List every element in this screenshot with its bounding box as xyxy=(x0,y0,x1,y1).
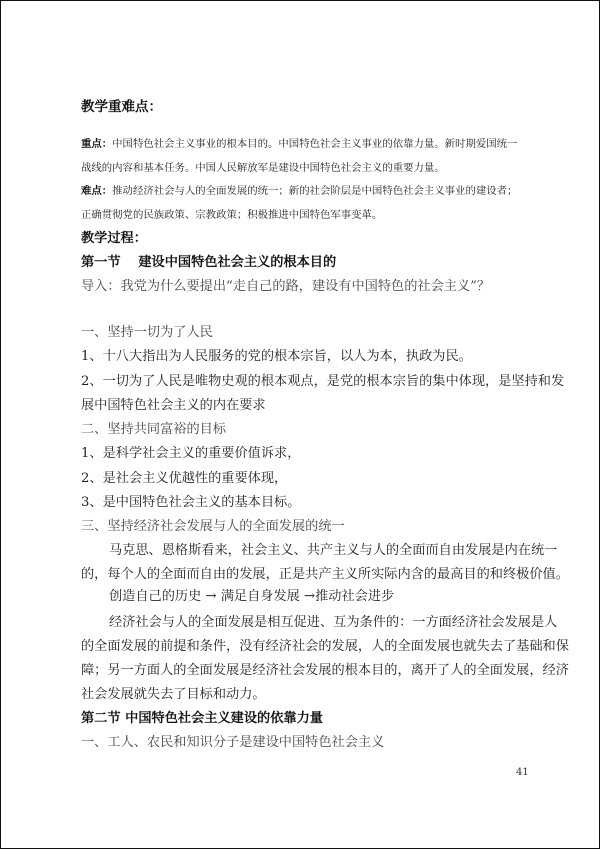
part-2-item-1: 1、是科学社会主义的重要价值诉求， xyxy=(81,444,300,464)
teaching-process-heading: 教学过程： xyxy=(81,229,147,249)
page-number: 41 xyxy=(516,767,529,778)
part-1-heading: 一、坚持一切为了人民 xyxy=(81,323,213,343)
document-page: 教学重难点： 重点：中国特色社会主义事业的根本目的。中国特色社会主义事业的依靠力… xyxy=(0,0,600,849)
part-3-para-2-line-4: 社会发展就失去了目标和动力。 xyxy=(81,685,266,705)
part-2-item-2: 2、是社会主义优越性的重要体现， xyxy=(81,469,287,489)
part-3-para-2-line-2: 的全面发展的前提和条件，没有经济社会的发展，人的全面发展也就失去了基础和保 xyxy=(81,637,569,657)
difficult-points-text-1: 推动经济社会与人的全面发展的统一；新的社会阶层是中国特色社会主义事业的建设者； xyxy=(112,185,517,197)
section-1-intro: 导入：我党为什么要提出“走自己的路，建设有中国特色的社会主义”？ xyxy=(81,277,490,297)
part-2-heading: 二、坚持共同富裕的目标 xyxy=(81,420,226,440)
key-points-line-2: 战线的内容和基本任务。中国人民解放军是建设中国特色社会主义的重要力量。 xyxy=(81,158,445,178)
part-3-flow: 创造自己的历史 → 满足自身发展 →推动社会进步 xyxy=(109,587,394,607)
part-1-item-1: 1、十八大指出为人民服务的党的根本宗旨，以人为本，执政为民。 xyxy=(81,347,472,367)
key-points-text-1: 中国特色社会主义事业的根本目的。中国特色社会主义事业的依靠力量。新时期爱国统一 xyxy=(112,138,517,150)
part-1-item-2-line-2: 展中国特色社会主义的内在要求 xyxy=(81,396,266,416)
section-1-title: 第一节 建设中国特色社会主义的根本目的 xyxy=(81,253,336,273)
part-2-item-3: 3、是中国特色社会主义的基本目标。 xyxy=(81,493,300,513)
section-2-title: 第二节 中国特色社会主义建设的依靠力量 xyxy=(81,709,323,729)
key-points-label: 重点： xyxy=(81,138,112,150)
part-3-para-2-line-1: 经济社会与人的全面发展是相互促进、互为条件的：一方面经济社会发展是人 xyxy=(109,613,557,633)
key-points-line-1: 重点：中国特色社会主义事业的根本目的。中国特色社会主义事业的依靠力量。新时期爱国… xyxy=(81,134,517,154)
part-3-para-2-line-3: 障；另一方面人的全面发展是经济社会发展的根本目的，离开了人的全面发展，经济 xyxy=(81,661,569,681)
difficult-points-label: 难点： xyxy=(81,185,112,197)
difficult-points-line-2: 正确贯彻党的民族政策、宗教政策；积极推进中国特色军事变革。 xyxy=(81,205,382,225)
part-3-para-1-line-1: 马克思、恩格斯看来，社会主义、共产主义与人的全面而自由发展是内在统一 xyxy=(109,541,557,561)
part-1-item-2-line-1: 2、一切为了人民是唯物史观的根本观点，是党的根本宗旨的集中体现，是坚持和发 xyxy=(81,372,564,392)
part-3-para-1-line-2: 的，每个人的全面而自由的发展，正是共产主义所实际内含的最高目的和终极价值。 xyxy=(81,565,569,585)
section-2-part-1-heading: 一、工人、农民和知识分子是建设中国特色社会主义 xyxy=(81,733,384,753)
difficult-points-line-1: 难点：推动经济社会与人的全面发展的统一；新的社会阶层是中国特色社会主义事业的建设… xyxy=(81,181,517,201)
part-3-heading: 三、坚持经济社会发展与人的全面发展的统一 xyxy=(81,517,345,537)
key-difficulties-heading: 教学重难点： xyxy=(81,97,162,117)
